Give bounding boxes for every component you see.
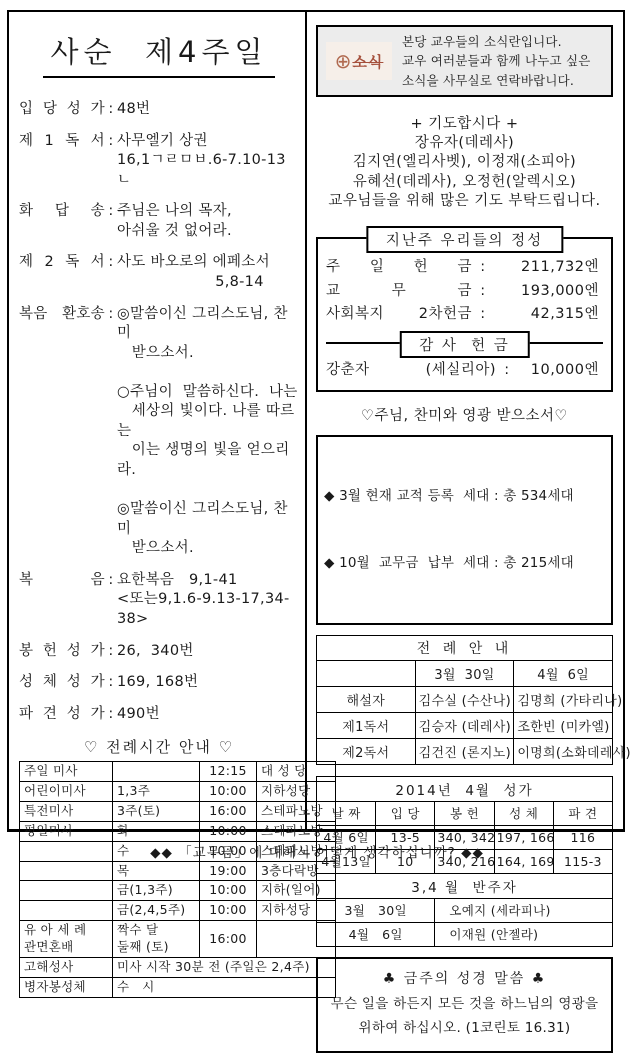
item-value: 주님은 나의 목자, 아쉬울 것 없어라. bbox=[117, 202, 299, 241]
liturgy-roles-table: 전 례 안 내 3월 30일 4월 6일 해설자 김수실 (수산나) 김명희 (… bbox=[316, 635, 613, 765]
news-box: ⊕ 소식 본당 교우들의 소식란입니다. 교우 여러분들과 함께 나누고 싶은 … bbox=[316, 25, 613, 97]
mass-schedule-table: 주일 미사 12:15 대 성 당 어린이미사 1,3주 10:00 지하성당 … bbox=[19, 761, 336, 998]
table-header-row: 날 짜 입 당 봉 헌 성 체 파 견 bbox=[317, 801, 613, 825]
footer-question: ◆◆ 「교무금」에 대해서 어떻게 생각하십니까? ◆◆ bbox=[0, 841, 634, 861]
item-value: ◎말씀이신 그리스도님, 찬미 받으소서. ○주님이 말씀하신다. 나는 세상의… bbox=[117, 305, 299, 559]
cell: 목 bbox=[113, 861, 200, 881]
name-cell: 김건진 (론지노) bbox=[415, 738, 514, 764]
header-cell: 3월 30일 bbox=[415, 660, 514, 686]
verse-line: 위하여 하십시오. (1코린토 16.31) bbox=[322, 1017, 607, 1041]
header-cell: 입 당 bbox=[376, 801, 435, 825]
mass-row: 금(2,4,5주) 10:00 지하성당 bbox=[20, 901, 336, 921]
household-stats-box: ◆ 3월 현재 교적 등록 세대 : 총 534세대 ◆ 10월 교무금 납부 … bbox=[316, 435, 613, 625]
mass-row: 유 아 세 례 관면혼배 짝수 달 둘째 (토) 16:00 bbox=[20, 921, 336, 958]
cell: 미사 시작 30분 전 (주일은 2,4주) bbox=[113, 957, 336, 977]
table-title: 2014년 4월 성가 bbox=[317, 776, 613, 801]
cell: 3주(토) bbox=[113, 801, 200, 821]
offering-amount: 42,315엔 bbox=[494, 304, 603, 326]
item-value: 48번 bbox=[117, 100, 299, 120]
item-value: 사도 바오로의 에페소서 5,8-14 bbox=[117, 253, 299, 292]
header-cell: 4월 6일 bbox=[514, 660, 613, 686]
household-registered-line: ◆ 3월 현재 교적 등록 세대 : 총 534세대 bbox=[324, 485, 605, 507]
role-cell: 해설자 bbox=[317, 686, 416, 712]
offering-colon: : bbox=[472, 257, 494, 279]
accompanist-name-cell: 이재원 (안젤라) bbox=[435, 922, 613, 946]
item-colon: : bbox=[105, 202, 117, 241]
mass-schedule-title: ♡ 전례시간 안내 ♡ bbox=[19, 736, 299, 757]
item-colon: : bbox=[105, 100, 117, 120]
mass-row: 고해성사 미사 시작 30분 전 (주일은 2,4주) bbox=[20, 957, 336, 977]
news-text: 본당 교우들의 소식란입니다. 교우 여러분들과 함께 나누고 싶은 소식을 사… bbox=[402, 32, 591, 90]
offering-row: 주 일 헌 금 : 211,732엔 bbox=[326, 257, 603, 279]
item-value: 요한복음 9,1-41 <또는9,1.6-9.13-17,34-38> bbox=[117, 571, 299, 630]
item-label: 복음 환호송 bbox=[19, 305, 105, 559]
verse-title: ♣ 금주의 성경 말씀 ♣ bbox=[322, 967, 607, 992]
table-title-row: 전 례 안 내 bbox=[317, 635, 613, 660]
item-colon: : bbox=[105, 253, 117, 292]
offering-row: 사회복지 2차헌금 : 42,315엔 bbox=[326, 304, 603, 326]
offering-title: 지난주 우리들의 정성 bbox=[366, 226, 563, 253]
item-value: 사무엘기 상권 16,1ㄱㄹㅁㅂ.6-7.10-13ㄴ bbox=[117, 132, 299, 191]
role-cell: 제2독서 bbox=[317, 738, 416, 764]
mass-row: 어린이미사 1,3주 10:00 지하성당 bbox=[20, 782, 336, 802]
offering-row: 교 무 금 : 193,000엔 bbox=[326, 281, 603, 303]
bulletin-page: 사순 제4주일 입 당 성 가 : 48번 제 1 독 서 : 사무엘기 상권 … bbox=[7, 10, 625, 832]
cell: 병자봉성체 bbox=[20, 977, 113, 997]
header-cell: 날 짜 bbox=[317, 801, 376, 825]
item-colon: : bbox=[105, 132, 117, 191]
cell: 19:00 bbox=[200, 861, 257, 881]
cell: 10:00 bbox=[200, 901, 257, 921]
liturgy-item-second-reading: 제 2 독 서 : 사도 바오로의 에페소서 5,8-14 bbox=[19, 253, 299, 292]
liturgy-item-entrance-hymn: 입 당 성 가 : 48번 bbox=[19, 100, 299, 120]
thanks-offering-title: 감 사 헌 금 bbox=[399, 331, 529, 358]
cell: 12:15 bbox=[200, 762, 257, 782]
cell bbox=[20, 901, 113, 921]
praise-line: ♡주님, 찬미와 영광 받으소서♡ bbox=[316, 404, 613, 425]
item-value: 26, 340번 bbox=[117, 642, 299, 662]
item-colon: : bbox=[105, 642, 117, 662]
table-row: 3월 30일 오예지 (세라피나) bbox=[317, 898, 613, 922]
date-cell: 4월 6일 bbox=[317, 922, 435, 946]
header-cell: 봉 헌 bbox=[435, 801, 494, 825]
item-value: 169, 168번 bbox=[117, 673, 299, 693]
cell: 금(2,4,5주) bbox=[113, 901, 200, 921]
prayer-request-line: 교우님들을 위해 많은 기도 부탁드립니다. bbox=[316, 192, 613, 211]
name-cell: 김수실 (수산나) bbox=[415, 686, 514, 712]
item-label: 복 음 bbox=[19, 571, 105, 630]
title-wrap: 사순 제4주일 bbox=[19, 30, 299, 78]
offering-label: 교 무 금 bbox=[326, 281, 472, 303]
liturgy-item-gospel: 복 음 : 요한복음 9,1-41 <또는9,1.6-9.13-17,34-38… bbox=[19, 571, 299, 630]
mass-row: 목 19:00 3층다락방 bbox=[20, 861, 336, 881]
item-colon: : bbox=[105, 673, 117, 693]
prayer-name-line: 김지연(엘리사벳), 이정재(소피아) bbox=[316, 153, 613, 172]
cell: 10:00 bbox=[200, 881, 257, 901]
table-title-row: 2014년 4월 성가 bbox=[317, 776, 613, 801]
cell: 고해성사 bbox=[20, 957, 113, 977]
prayer-name-line: 장유자(데레사) bbox=[316, 134, 613, 153]
header-cell: 성 체 bbox=[494, 801, 553, 825]
cell bbox=[20, 861, 113, 881]
cell: 특전미사 bbox=[20, 801, 113, 821]
verse-line: 무슨 일을 하든지 모든 것을 하느님의 영광을 bbox=[322, 993, 607, 1017]
offering-colon: : bbox=[496, 360, 518, 382]
cell: 주일 미사 bbox=[20, 762, 113, 782]
cell: 평일미사 bbox=[20, 821, 113, 841]
cell: 10:00 bbox=[200, 821, 257, 841]
item-label: 파 견 성 가 bbox=[19, 705, 105, 725]
right-column: ⊕ 소식 본당 교우들의 소식란입니다. 교우 여러분들과 함께 나누고 싶은 … bbox=[307, 12, 623, 829]
item-label: 화 답 송 bbox=[19, 202, 105, 241]
mass-row: 주일 미사 12:15 대 성 당 bbox=[20, 762, 336, 782]
weekly-verse-box: ♣ 금주의 성경 말씀 ♣ 무슨 일을 하든지 모든 것을 하느님의 영광을 위… bbox=[316, 957, 613, 1053]
name-cell: 김승자 (데레사) bbox=[415, 712, 514, 738]
name-cell: 이명희(소화데레사) bbox=[514, 738, 613, 764]
table-title: 전 례 안 내 bbox=[317, 635, 613, 660]
offering-colon: : bbox=[472, 281, 494, 303]
cell bbox=[20, 881, 113, 901]
item-colon: : bbox=[105, 571, 117, 630]
header-cell bbox=[317, 660, 416, 686]
mass-row: 병자봉성체 수 시 bbox=[20, 977, 336, 997]
left-column: 사순 제4주일 입 당 성 가 : 48번 제 1 독 서 : 사무엘기 상권 … bbox=[9, 12, 307, 829]
name-cell: 조한빈 (미카엘) bbox=[514, 712, 613, 738]
offering-box: 지난주 우리들의 정성 주 일 헌 금 : 211,732엔 교 무 금 : 1… bbox=[316, 237, 613, 392]
table-row: 해설자 김수실 (수산나) 김명희 (가타리나) bbox=[317, 686, 613, 712]
prayer-heading: + 기도합시다 + bbox=[316, 115, 613, 134]
news-logo-text: 소식 bbox=[352, 51, 383, 72]
hymn-schedule-table: 2014년 4월 성가 날 짜 입 당 봉 헌 성 체 파 견 4월 6일 13… bbox=[316, 776, 613, 947]
mass-row: 평일미사 화 10:00 스테파노방 bbox=[20, 821, 336, 841]
cell bbox=[113, 762, 200, 782]
thanks-offering-amount: 10,000엔 bbox=[518, 360, 603, 382]
liturgy-item-first-reading: 제 1 독 서 : 사무엘기 상권 16,1ㄱㄹㅁㅂ.6-7.10-13ㄴ bbox=[19, 132, 299, 191]
table-row: 4월 6일 이재원 (안젤라) bbox=[317, 922, 613, 946]
liturgy-item-gospel-acclamation: 복음 환호송 : ◎말씀이신 그리스도님, 찬미 받으소서. ○주님이 말씀하신… bbox=[19, 305, 299, 559]
accompanist-name-cell: 오예지 (세라피나) bbox=[435, 898, 613, 922]
prayer-section: + 기도합시다 + 장유자(데레사) 김지연(엘리사벳), 이정재(소피아) 유… bbox=[316, 115, 613, 211]
liturgy-item-communion-hymn: 성 체 성 가 : 169, 168번 bbox=[19, 673, 299, 693]
date-cell: 3월 30일 bbox=[317, 898, 435, 922]
item-label: 입 당 성 가 bbox=[19, 100, 105, 120]
cross-circle-icon: ⊕ bbox=[335, 51, 352, 71]
table-subtitle-row: 3,4 월 반주자 bbox=[317, 873, 613, 898]
cell: 10:00 bbox=[200, 782, 257, 802]
liturgy-item-offertory-hymn: 봉 헌 성 가 : 26, 340번 bbox=[19, 642, 299, 662]
cell: 어린이미사 bbox=[20, 782, 113, 802]
cell: 1,3주 bbox=[113, 782, 200, 802]
mass-row: 금(1,3주) 10:00 지하(일어) bbox=[20, 881, 336, 901]
offering-amount: 193,000엔 bbox=[494, 281, 603, 303]
offering-label: 사회복지 2차헌금 bbox=[326, 304, 472, 326]
name-cell: 김명희 (가타리나) bbox=[514, 686, 613, 712]
offering-label: 주 일 헌 금 bbox=[326, 257, 472, 279]
item-colon: : bbox=[105, 705, 117, 725]
cell: 유 아 세 례 관면혼배 bbox=[20, 921, 113, 958]
table-header-row: 3월 30일 4월 6일 bbox=[317, 660, 613, 686]
household-paid-line: ◆ 10월 교무금 납부 세대 : 총 215세대 bbox=[324, 552, 605, 574]
thanks-offering-section: 감 사 헌 금 강춘자 (세실리아) : 10,000엔 bbox=[326, 342, 603, 390]
offering-amount: 211,732엔 bbox=[494, 257, 603, 279]
accompanist-title: 3,4 월 반주자 bbox=[317, 873, 613, 898]
prayer-name-line: 유혜선(데레사), 오정헌(알렉시오) bbox=[316, 173, 613, 192]
liturgy-item-responsorial-psalm: 화 답 송 : 주님은 나의 목자, 아쉬울 것 없어라. bbox=[19, 202, 299, 241]
cell: 짝수 달 둘째 (토) bbox=[113, 921, 200, 958]
cell: 수 시 bbox=[113, 977, 336, 997]
page-title: 사순 제4주일 bbox=[43, 30, 276, 78]
item-colon: : bbox=[105, 305, 117, 559]
role-cell: 제1독서 bbox=[317, 712, 416, 738]
item-label: 제 2 독 서 bbox=[19, 253, 105, 292]
mass-row: 특전미사 3주(토) 16:00 스테파노방 bbox=[20, 801, 336, 821]
item-label: 성 체 성 가 bbox=[19, 673, 105, 693]
liturgy-item-recessional-hymn: 파 견 성 가 : 490번 bbox=[19, 705, 299, 725]
offering-colon: : bbox=[472, 304, 494, 326]
cell: 16:00 bbox=[200, 921, 257, 958]
thanks-offering-row: 강춘자 (세실리아) : 10,000엔 bbox=[326, 360, 603, 382]
thanks-offering-name: 강춘자 (세실리아) bbox=[326, 360, 496, 382]
cell: 금(1,3주) bbox=[113, 881, 200, 901]
cell: 화 bbox=[113, 821, 200, 841]
item-label: 봉 헌 성 가 bbox=[19, 642, 105, 662]
cell: 16:00 bbox=[200, 801, 257, 821]
header-cell: 파 견 bbox=[553, 801, 612, 825]
table-row: 제2독서 김건진 (론지노) 이명희(소화데레사) bbox=[317, 738, 613, 764]
news-logo: ⊕ 소식 bbox=[326, 42, 392, 80]
item-value: 490번 bbox=[117, 705, 299, 725]
table-row: 제1독서 김승자 (데레사) 조한빈 (미카엘) bbox=[317, 712, 613, 738]
item-label: 제 1 독 서 bbox=[19, 132, 105, 191]
